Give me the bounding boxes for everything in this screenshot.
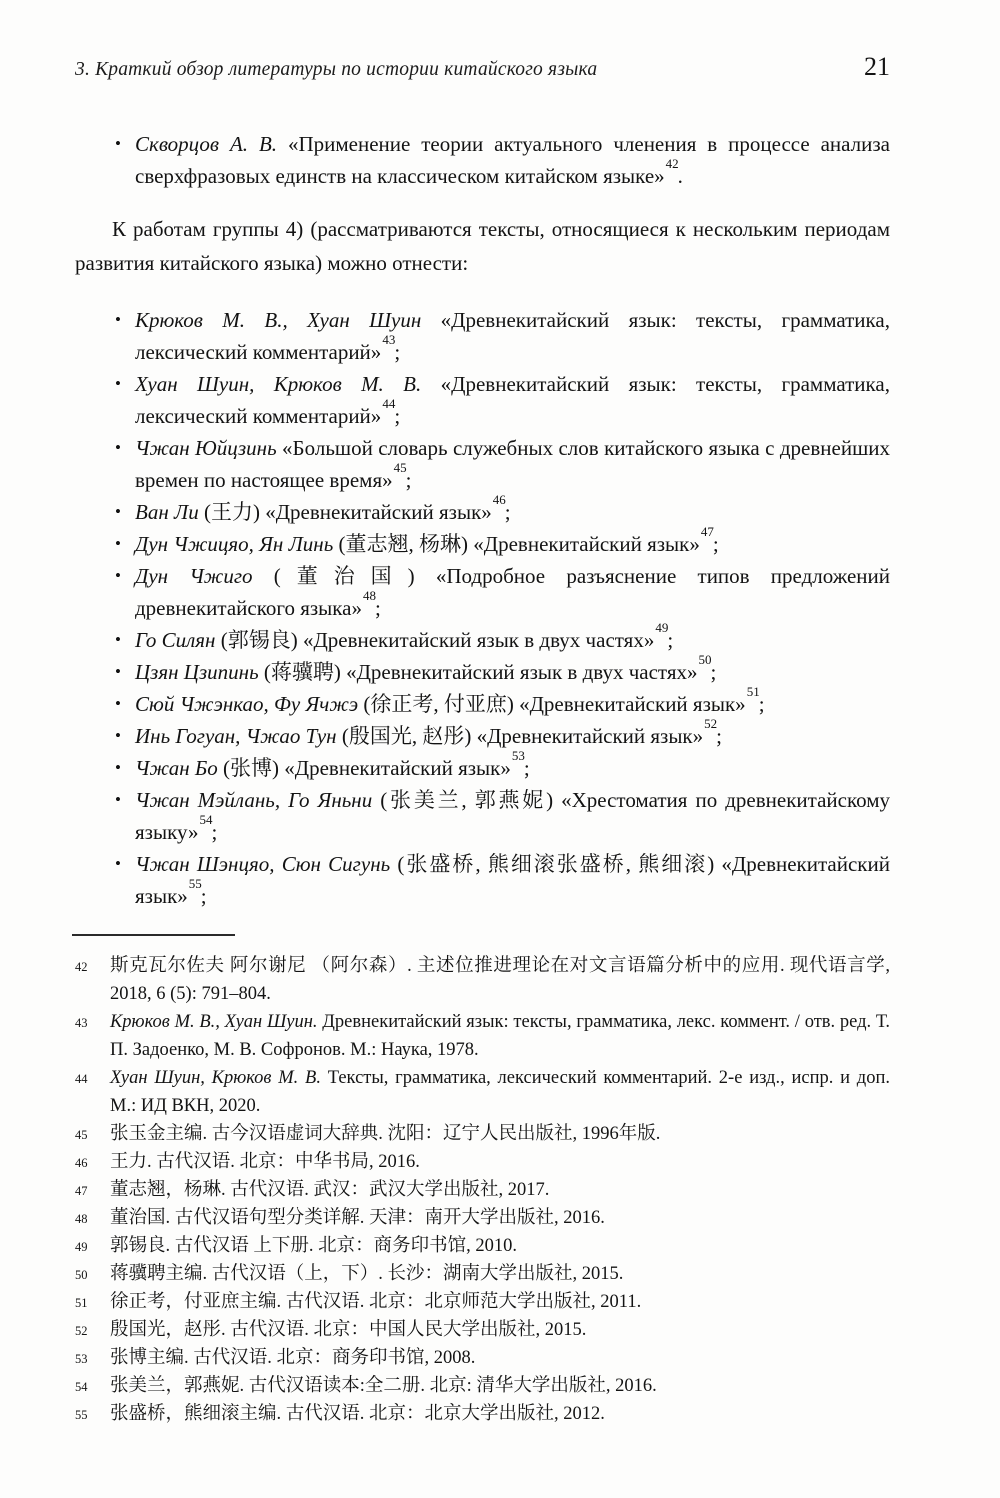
bullet-icon: •: [115, 784, 121, 816]
footnotes-section: 42斯克瓦尔佐夫 阿尔谢尼 （阿尔森）. 主述位推进理论在对文言语篇分析中的应用…: [75, 934, 890, 1428]
footnote-ref: 49: [655, 620, 668, 635]
item-tail: ;: [667, 628, 673, 652]
bullet-icon: •: [115, 752, 121, 784]
bullet-icon: •: [115, 496, 121, 528]
footnote: 42斯克瓦尔佐夫 阿尔谢尼 （阿尔森）. 主述位推进理论在对文言语篇分析中的应用…: [75, 952, 890, 1008]
footnote-text: 郭锡良. 古代汉语 上下册. 北京：商务印书馆, 2010.: [110, 1236, 517, 1256]
running-head: 3. Краткий обзор литературы по истории к…: [75, 52, 890, 82]
item-author: Чжан Шэнцяо, Сюн Сигунь: [135, 852, 390, 876]
item-author: Чжан Юйцзинь: [135, 436, 277, 460]
footnote-ref: 42: [666, 156, 679, 171]
item-tail: ;: [394, 404, 400, 428]
item-title: (徐正考, 付亚庶) «Древнекитайский язык»: [358, 692, 746, 716]
footnote-body: 殷国光，赵彤. 古代汉语. 北京：中国人民大学出版社, 2015.: [110, 1320, 586, 1340]
footnote-ref: 50: [699, 652, 712, 667]
footnote: 45张玉金主编. 古今汉语虚词大辞典. 沈阳：辽宁人民出版社, 1996年版.: [75, 1120, 890, 1148]
bullet-icon: •: [115, 304, 121, 336]
footnote-text: 董治国. 古代汉语句型分类详解. 天津：南开大学出版社, 2016.: [110, 1208, 605, 1228]
footnote-number: 51: [75, 1289, 88, 1317]
footnote-number: 47: [75, 1177, 88, 1205]
footnote-number: 50: [75, 1261, 88, 1289]
footnote-separator: [72, 934, 235, 936]
footnote-ref: 46: [493, 492, 506, 507]
footnote-body: 董治国. 古代汉语句型分类详解. 天津：南开大学出版社, 2016.: [110, 1208, 605, 1228]
list-item: •Сюй Чжэнкао, Фу Ячжэ (徐正考, 付亚庶) «Древне…: [75, 688, 890, 720]
list-item: •Чжан Бо (张博) «Древнекитайский язык»53;: [75, 752, 890, 784]
footnote-author: Крюков М. В., Хуан Шуин.: [110, 1012, 318, 1032]
bullet-icon: •: [115, 688, 121, 720]
footnote-author: Хуан Шуин, Крюков М. В.: [110, 1068, 321, 1088]
bullet-icon: •: [115, 656, 121, 688]
footnote-number: 55: [75, 1401, 88, 1429]
footnote-body: 张美兰，郭燕妮. 古代汉语读本:全二册. 北京: 清华大学出版社, 2016.: [110, 1376, 657, 1396]
footnote-text: 张盛桥，熊细滚主编. 古代汉语. 北京：北京大学出版社, 2012.: [110, 1404, 605, 1424]
footnote: 52殷国光，赵彤. 古代汉语. 北京：中国人民大学出版社, 2015.: [75, 1316, 890, 1344]
bullet-icon: •: [115, 560, 121, 592]
footnote-number: 46: [75, 1149, 88, 1177]
footnote-number: 42: [75, 953, 88, 981]
list-item: •Цзян Цзипинь (蒋骥聘) «Древнекитайский язы…: [75, 656, 890, 688]
footnote-body: 张玉金主编. 古今汉语虚词大辞典. 沈阳：辽宁人民出版社, 1996年版.: [110, 1124, 660, 1144]
footnote-ref: 55: [189, 876, 202, 891]
list-item: •Крюков М. В., Хуан Шуин «Древнекитайски…: [75, 304, 890, 368]
footnote-ref: 48: [363, 588, 376, 603]
page-body: •Скворцов А. В. «Применение теории актуа…: [75, 128, 890, 912]
footnote-number: 44: [75, 1065, 88, 1093]
item-title: (殷国光, 赵彤) «Древнекитайский язык»: [337, 724, 704, 748]
footnote-text: 殷国光，赵彤. 古代汉语. 北京：中国人民大学出版社, 2015.: [110, 1320, 586, 1340]
footnote: 47董志翘，杨琳. 古代汉语. 武汉：武汉大学出版社, 2017.: [75, 1176, 890, 1204]
footnote-ref: 52: [704, 716, 717, 731]
footnote-number: 53: [75, 1345, 88, 1373]
footnote-text: 斯克瓦尔佐夫 阿尔谢尼 （阿尔森）. 主述位推进理论在对文言语篇分析中的应用. …: [110, 956, 890, 1004]
footnote-number: 45: [75, 1121, 88, 1149]
list-item: •Го Силян (郭锡良) «Древнекитайский язык в …: [75, 624, 890, 656]
footnote-ref: 43: [382, 332, 395, 347]
document-page: 3. Краткий обзор литературы по истории к…: [0, 0, 1000, 1498]
footnote-body: 徐正考，付亚庶主编. 古代汉语. 北京：北京师范大学出版社, 2011.: [110, 1292, 641, 1312]
footnote-text: 张博主编. 古代汉语. 北京：商务印书馆, 2008.: [110, 1348, 475, 1368]
footnote-body: 王力. 古代汉语. 北京：中华书局, 2016.: [110, 1152, 420, 1172]
item-title: (郭锡良) «Древнекитайский язык в двух частя…: [215, 628, 654, 652]
item-author: Ван Ли: [135, 500, 199, 524]
footnote: 54张美兰，郭燕妮. 古代汉语读本:全二册. 北京: 清华大学出版社, 2016…: [75, 1372, 890, 1400]
item-author: Крюков М. В., Хуан Шуин: [135, 308, 421, 332]
footnote-body: 董志翘，杨琳. 古代汉语. 武汉：武汉大学出版社, 2017.: [110, 1180, 549, 1200]
bullet-icon: •: [115, 848, 121, 880]
footnote: 53张博主编. 古代汉语. 北京：商务印书馆, 2008.: [75, 1344, 890, 1372]
bibliography-bullet-list: •Крюков М. В., Хуан Шуин «Древнекитайски…: [75, 304, 890, 912]
footnote-ref: 54: [200, 812, 213, 827]
footnote-number: 48: [75, 1205, 88, 1233]
footnote: 48董治国. 古代汉语句型分类详解. 天津：南开大学出版社, 2016.: [75, 1204, 890, 1232]
item-title: (董志翘, 杨琳) «Древнекитайский язык»: [333, 532, 700, 556]
footnote-number: 54: [75, 1373, 88, 1401]
list-item: •Чжан Мэйлань, Го Яньни (张美兰, 郭燕妮) «Хрес…: [75, 784, 890, 848]
bullet-icon: •: [115, 624, 121, 656]
item-author: Хуан Шуин, Крюков М. В.: [135, 372, 421, 396]
footnote-ref: 51: [747, 684, 760, 699]
list-item: •Хуан Шуин, Крюков М. В. «Древнекитайски…: [75, 368, 890, 432]
footnote-number: 43: [75, 1009, 88, 1037]
footnote-text: 张美兰，郭燕妮. 古代汉语读本:全二册. 北京: 清华大学出版社, 2016.: [110, 1376, 657, 1396]
list-item: •Чжан Шэнцяо, Сюн Сигунь (张盛桥, 熊细滚张盛桥, 熊…: [75, 848, 890, 912]
item-author: Дун Чжицяо, Ян Линь: [135, 532, 333, 556]
footnote-body: 蒋骥聘主编. 古代汉语（上，下）. 长沙：湖南大学出版社, 2015.: [110, 1264, 623, 1284]
item-author: Чжан Мэйлань, Го Яньни: [135, 788, 372, 812]
footnote-text: 蒋骥聘主编. 古代汉语（上，下）. 长沙：湖南大学出版社, 2015.: [110, 1264, 623, 1284]
footnote: 43Крюков М. В., Хуан Шуин. Древнекитайск…: [75, 1008, 890, 1064]
section-title: 3. Краткий обзор литературы по истории к…: [75, 59, 597, 81]
footnote-text: 徐正考，付亚庶主编. 古代汉语. 北京：北京师范大学出版社, 2011.: [110, 1292, 641, 1312]
bullet-icon: •: [115, 128, 121, 160]
bullet-icon: •: [115, 528, 121, 560]
footnote-body: 郭锡良. 古代汉语 上下册. 北京：商务印书馆, 2010.: [110, 1236, 517, 1256]
footnote: 50蒋骥聘主编. 古代汉语（上，下）. 长沙：湖南大学出版社, 2015.: [75, 1260, 890, 1288]
footnote-ref: 44: [382, 396, 395, 411]
page-number: 21: [864, 52, 890, 82]
lead-paragraph: К работам группы 4) (рассматриваются тек…: [75, 212, 890, 280]
footnote-body: 张盛桥，熊细滚主编. 古代汉语. 北京：北京大学出版社, 2012.: [110, 1404, 605, 1424]
footnote-number: 52: [75, 1317, 88, 1345]
footnote-body: Хуан Шуин, Крюков М. В. Тексты, граммати…: [110, 1068, 890, 1116]
intro-bullet-list: •Скворцов А. В. «Применение теории актуа…: [75, 128, 890, 192]
list-item: •Дун Чжиго (董治国) «Подробное разъяснение …: [75, 560, 890, 624]
footnote-body: 张博主编. 古代汉语. 北京：商务印书馆, 2008.: [110, 1348, 475, 1368]
item-tail: ;: [394, 340, 400, 364]
footnote-number: 49: [75, 1233, 88, 1261]
footnote-body: 斯克瓦尔佐夫 阿尔谢尼 （阿尔森）. 主述位推进理论在对文言语篇分析中的应用. …: [110, 956, 890, 1004]
footnote-body: Крюков М. В., Хуан Шуин. Древнекитайский…: [110, 1012, 890, 1060]
item-author: Сюй Чжэнкао, Фу Ячжэ: [135, 692, 358, 716]
footnote-list: 42斯克瓦尔佐夫 阿尔谢尼 （阿尔森）. 主述位推进理论在对文言语篇分析中的应用…: [75, 952, 890, 1428]
footnote: 55张盛桥，熊细滚主编. 古代汉语. 北京：北京大学出版社, 2012.: [75, 1400, 890, 1428]
item-author: Инь Гогуан, Чжао Тун: [135, 724, 337, 748]
footnote: 51徐正考，付亚庶主编. 古代汉语. 北京：北京师范大学出版社, 2011.: [75, 1288, 890, 1316]
list-item: •Дун Чжицяо, Ян Линь (董志翘, 杨琳) «Древнеки…: [75, 528, 890, 560]
item-author: Дун Чжиго: [135, 564, 253, 588]
item-tail: ;: [716, 724, 722, 748]
footnote-text: 王力. 古代汉语. 北京：中华书局, 2016.: [110, 1152, 420, 1172]
item-title: (张博) «Древнекитайский язык»: [218, 756, 511, 780]
bullet-icon: •: [115, 432, 121, 464]
list-item: •Скворцов А. В. «Применение теории актуа…: [75, 128, 890, 192]
footnote: 44Хуан Шуин, Крюков М. В. Тексты, грамма…: [75, 1064, 890, 1120]
item-author: Го Силян: [135, 628, 215, 652]
footnote-ref: 47: [701, 524, 714, 539]
item-author: Чжан Бо: [135, 756, 218, 780]
list-item: •Ван Ли (王力) «Древнекитайский язык»46;: [75, 496, 890, 528]
item-author: Цзян Цзипинь: [135, 660, 259, 684]
item-author: Скворцов А. В.: [135, 132, 277, 156]
list-item: •Чжан Юйцзинь «Большой словарь служебных…: [75, 432, 890, 496]
bullet-icon: •: [115, 720, 121, 752]
footnote-text: 董志翘，杨琳. 古代汉语. 武汉：武汉大学出版社, 2017.: [110, 1180, 549, 1200]
footnote-text: 张玉金主编. 古今汉语虚词大辞典. 沈阳：辽宁人民出版社, 1996年版.: [110, 1124, 660, 1144]
bullet-icon: •: [115, 368, 121, 400]
footnote-ref: 45: [394, 460, 407, 475]
footnote-ref: 53: [512, 748, 525, 763]
list-item: •Инь Гогуан, Чжао Тун (殷国光, 赵彤) «Древнек…: [75, 720, 890, 752]
footnote: 49郭锡良. 古代汉语 上下册. 北京：商务印书馆, 2010.: [75, 1232, 890, 1260]
item-title: (蒋骥聘) «Древнекитайский язык в двух частя…: [259, 660, 698, 684]
footnote: 46王力. 古代汉语. 北京：中华书局, 2016.: [75, 1148, 890, 1176]
item-title: (王力) «Древнекитайский язык»: [199, 500, 492, 524]
